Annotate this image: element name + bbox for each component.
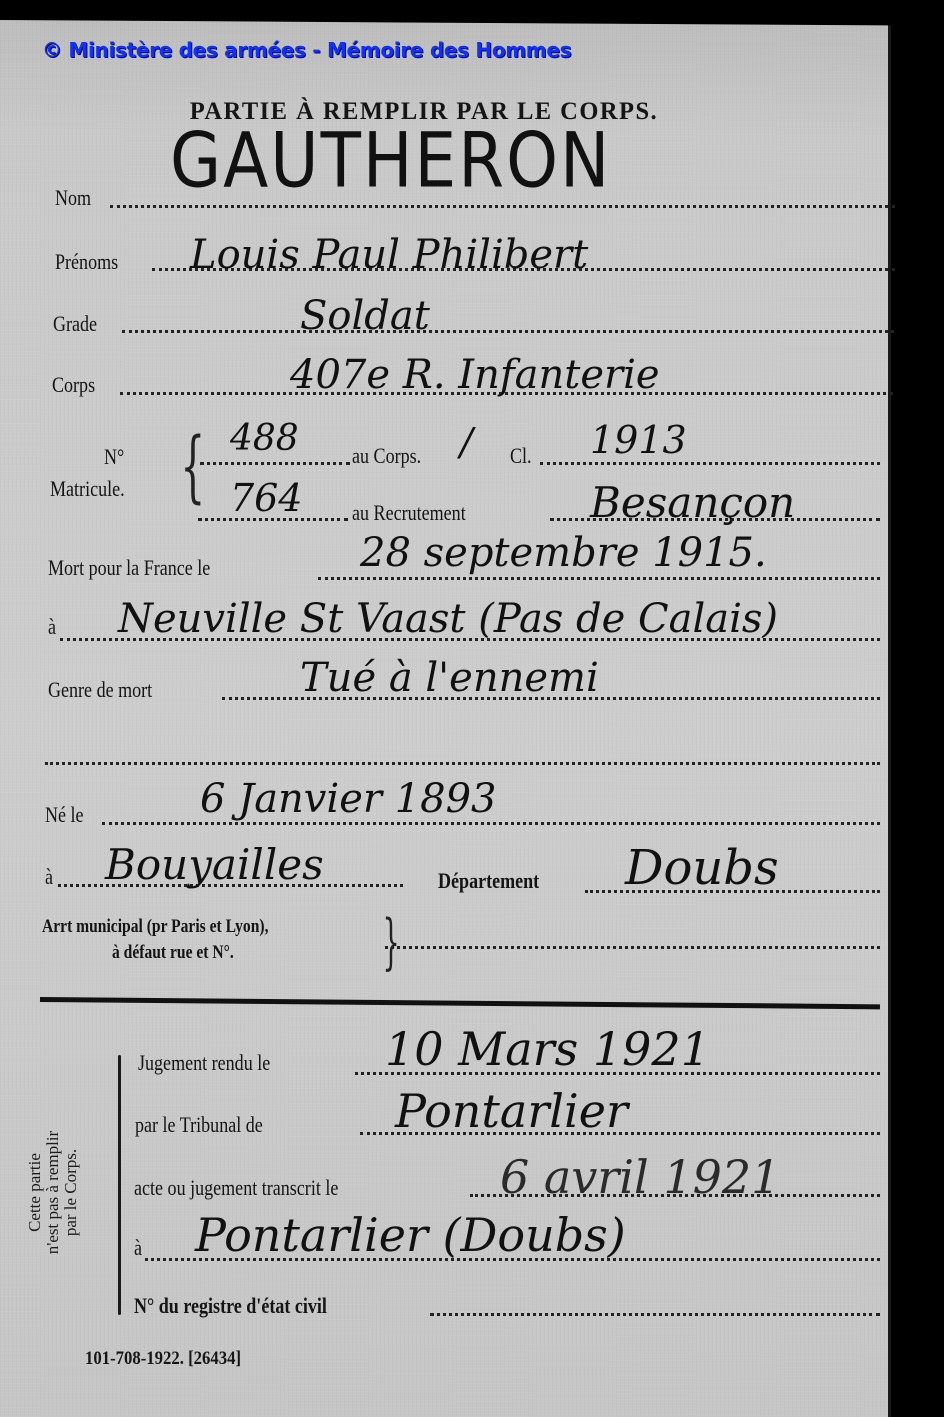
genre-mort-value: Tué à l'ennemi <box>300 655 599 701</box>
transcrit-label: acte ou jugement transcrit le <box>134 1175 338 1201</box>
corps-label: Corps <box>52 372 95 398</box>
form-reference-number: 101-708-1922. [26434] <box>85 1348 241 1370</box>
civil-section-brace <box>118 1055 121 1315</box>
matricule-brace: { <box>180 428 205 506</box>
nom-label: Nom <box>55 185 91 211</box>
registre-dotted-line <box>430 1313 880 1316</box>
copyright-watermark: © Ministère des armées - Mémoire des Hom… <box>42 38 571 62</box>
naissance-lieu-value: Bouyailles <box>105 840 324 889</box>
classe-dotted-line <box>540 462 880 465</box>
tribunal-label: par le Tribunal de <box>135 1112 263 1138</box>
grade-label: Grade <box>53 311 97 337</box>
prenoms-value: Louis Paul Philibert <box>190 232 588 278</box>
mort-lieu-value: Neuville St Vaast (Pas de Calais) <box>118 596 778 642</box>
classe-stroke: / <box>460 420 473 464</box>
genre-mort-label: Genre de mort <box>48 677 152 703</box>
registre-label: N° du registre d'état civil <box>134 1293 327 1319</box>
side-note-line1: Cette partie <box>26 1085 44 1300</box>
civil-lieu-label: à <box>134 1235 142 1261</box>
prenoms-label: Prénoms <box>55 249 118 275</box>
au-corps-dotted-line <box>200 462 350 465</box>
nom-value: GAUTHERON <box>170 116 611 205</box>
matricule-label: Matricule. <box>50 476 125 502</box>
genre-mort-extra-dotted-line <box>45 762 880 765</box>
nom-dotted-line <box>110 205 895 208</box>
au-corps-value: 488 <box>230 418 299 459</box>
side-note-line2: n'est pas à remplir <box>44 1085 62 1300</box>
matricule-no-label: N° <box>104 444 124 470</box>
classe-value: 1913 <box>590 418 687 462</box>
departement-value: Doubs <box>625 840 779 896</box>
transcrit-value: 6 avril 1921 <box>500 1150 780 1204</box>
grade-dotted-line <box>122 330 894 333</box>
arrondissement-label-line1: Arrt municipal (pr Paris et Lyon), <box>42 916 268 938</box>
side-note-line3: par le Corps. <box>62 1085 80 1300</box>
corps-value: 407e R. Infanterie <box>290 352 660 398</box>
arrondissement-brace: } <box>383 912 400 972</box>
civil-section-side-note: Cette partie n'est pas à remplir par le … <box>26 1085 80 1300</box>
jugement-value: 10 Mars 1921 <box>385 1022 710 1076</box>
jugement-label: Jugement rendu le <box>138 1050 270 1076</box>
naissance-date-value: 6 Janvier 1893 <box>200 776 497 822</box>
naissance-lieu-label: à <box>45 864 53 890</box>
mort-date-dotted-line <box>318 577 880 580</box>
civil-lieu-value: Pontarlier (Doubs) <box>195 1208 626 1262</box>
classe-label: Cl. <box>510 443 532 469</box>
departement-label: Département <box>438 868 539 894</box>
arrondissement-dotted-line <box>385 946 880 949</box>
au-corps-label: au Corps. <box>352 443 421 469</box>
mort-lieu-label: à <box>48 614 56 640</box>
arrondissement-label-line2: à défaut rue et N°. <box>112 942 234 964</box>
recrutement-label: au Recrutement <box>352 500 466 526</box>
naissance-date-dotted-line <box>102 822 880 825</box>
mort-date-value: 28 septembre 1915. <box>360 530 767 576</box>
grade-value: Soldat <box>300 293 430 339</box>
naissance-date-label: Né le <box>45 802 84 828</box>
recrutement-number-value: 764 <box>230 476 303 520</box>
tribunal-value: Pontarlier <box>395 1084 628 1138</box>
mort-date-label: Mort pour la France le <box>48 555 210 581</box>
recrutement-place-value: Besançon <box>590 478 795 527</box>
